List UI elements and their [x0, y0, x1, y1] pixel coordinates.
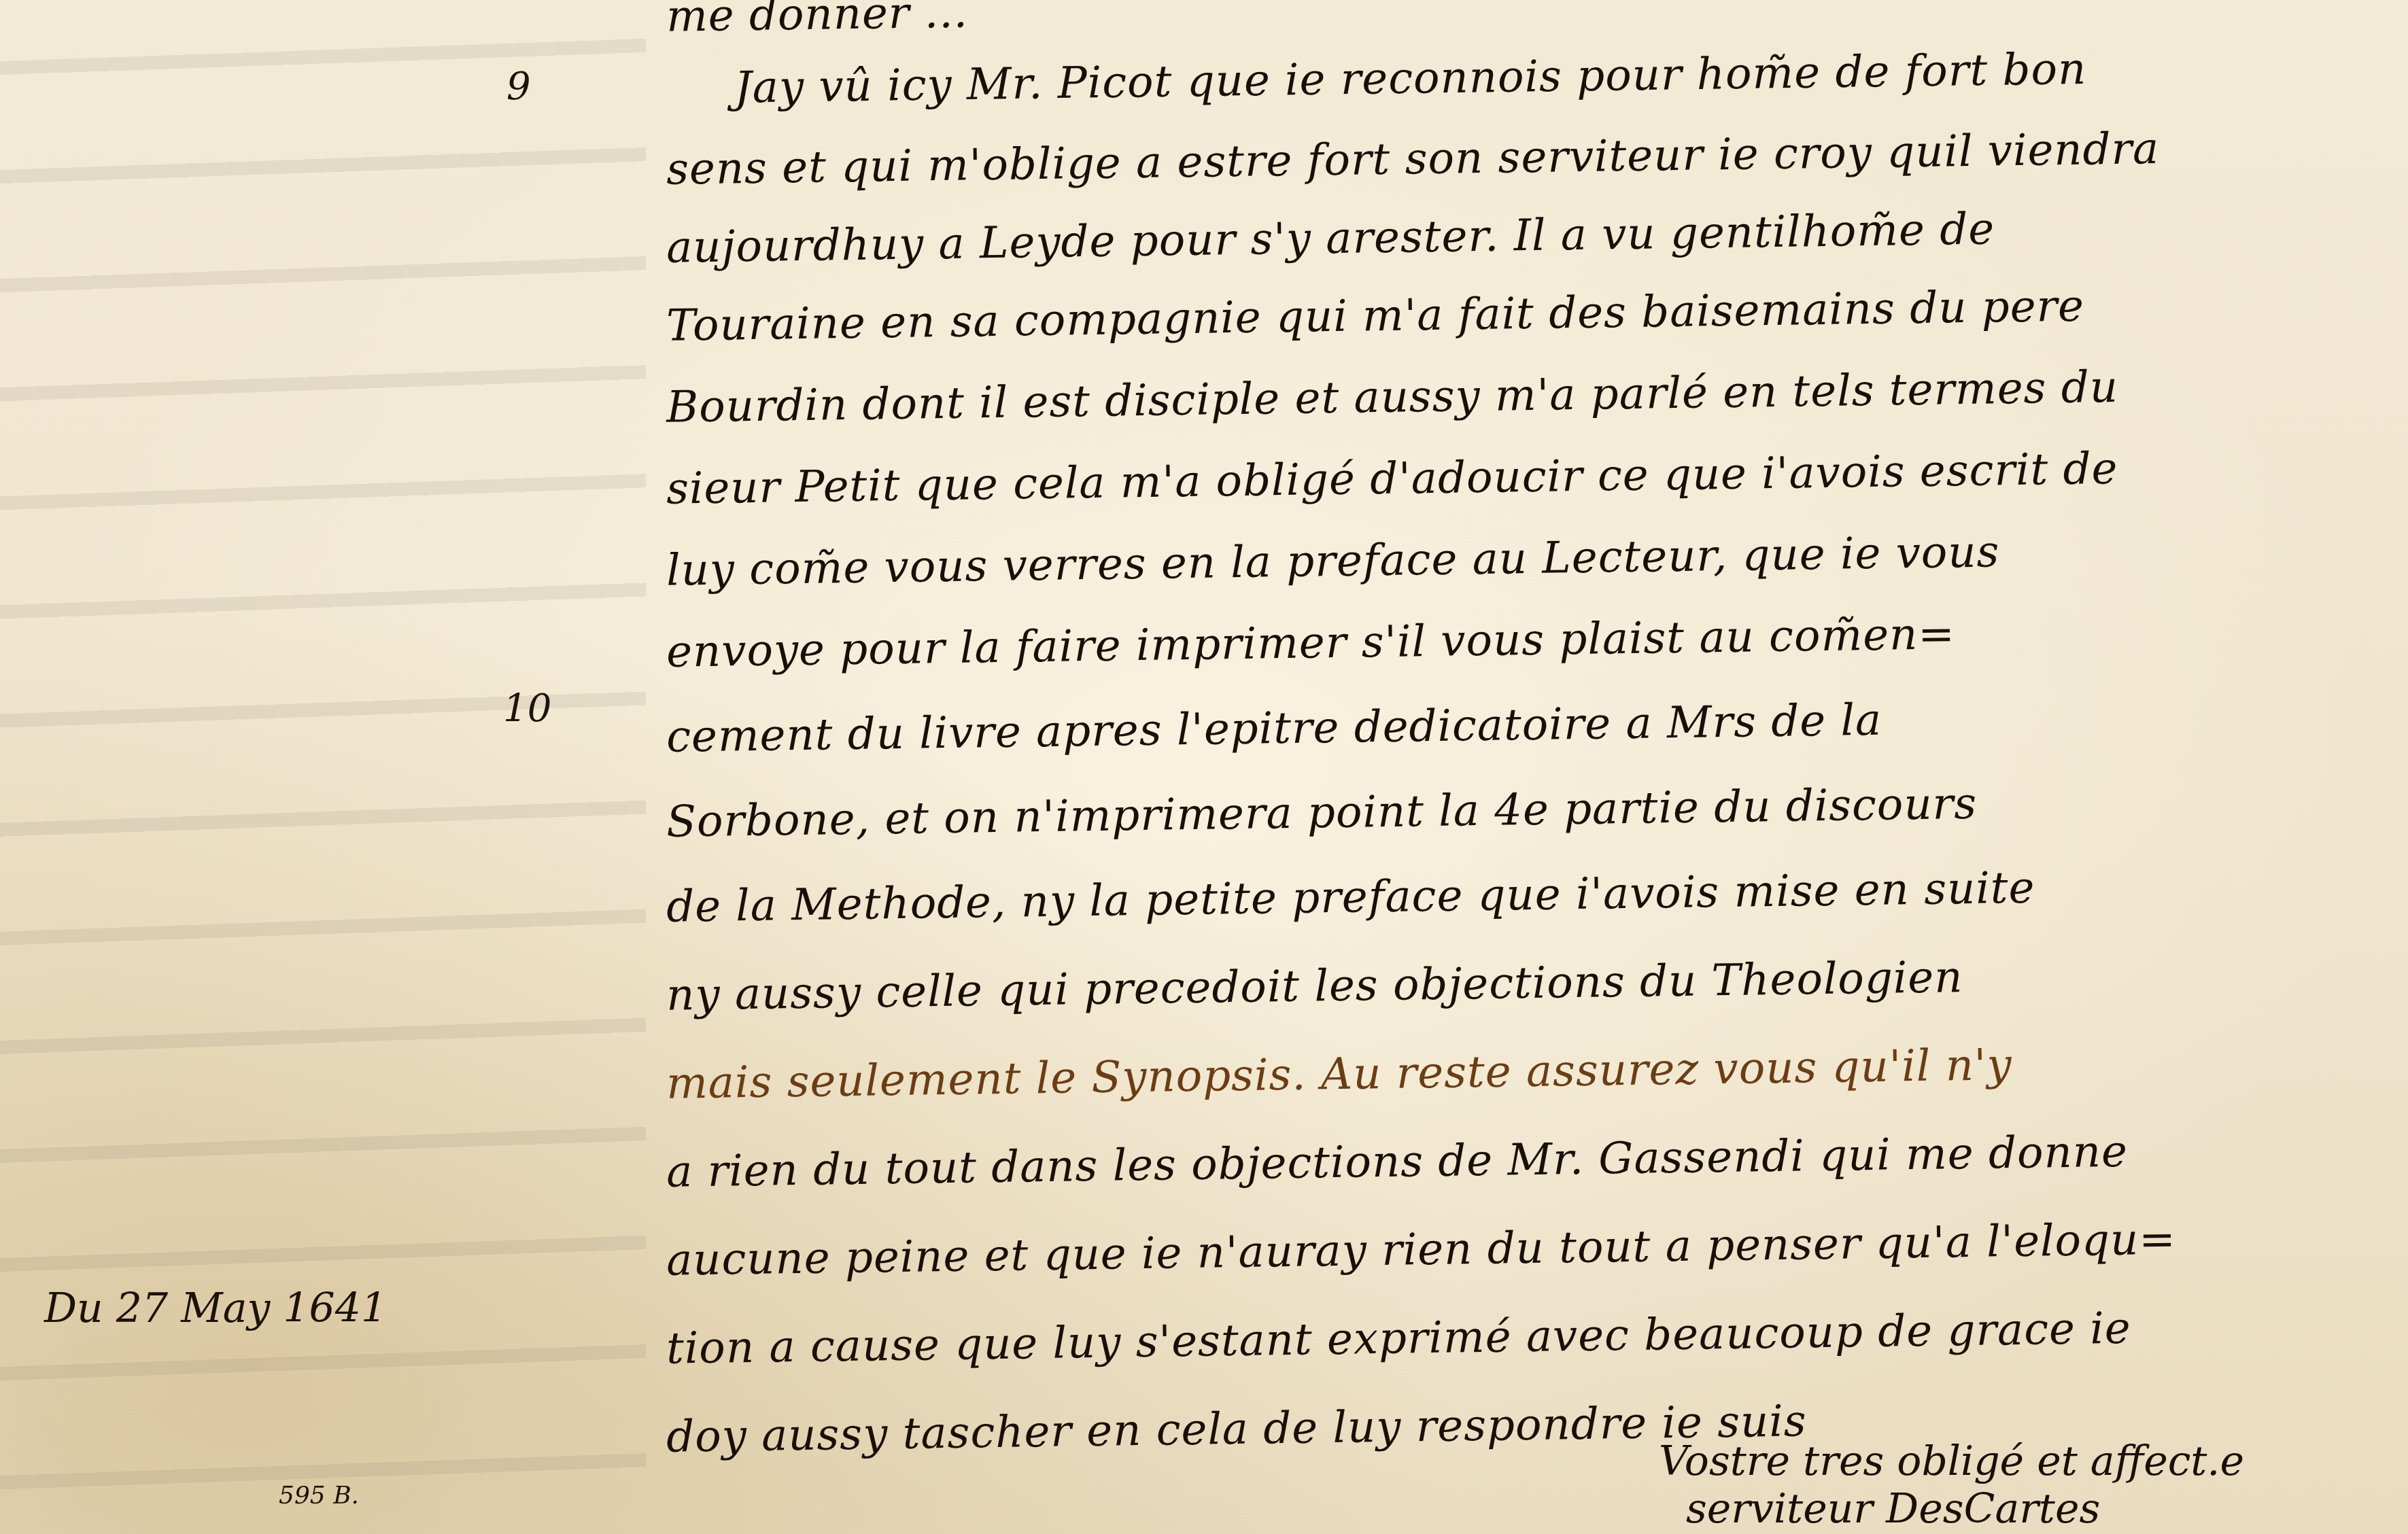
text-line: aujourdhuy a Leyde pour s'y arester. Il …	[666, 198, 2394, 273]
signature: serviteur DesCartes	[1686, 1485, 2100, 1533]
text-line: me donner ...	[666, 0, 2394, 42]
closing-line: Vostre tres obligé et affect.e	[1659, 1437, 2244, 1485]
margin-number-9: 9	[506, 65, 531, 109]
text-line: envoye pour la faire imprimer s'il vous …	[666, 603, 2394, 677]
text-line: sens et qui m'oblige a estre fort son se…	[666, 120, 2394, 194]
text-line: luy com̃e vous verres en la preface au L…	[666, 521, 2394, 595]
catalog-number: 595 B.	[279, 1482, 359, 1510]
text-line: a rien du tout dans les objections de Mr…	[666, 1123, 2394, 1197]
text-line: Sorbone, et on n'imprimera point la 4e p…	[666, 773, 2394, 847]
text-line: Touraine en sa compagnie qui m'a fait de…	[666, 277, 2394, 351]
text-line: Jay vû icy Mr. Picot que ie reconnois po…	[734, 39, 2408, 113]
text-line: de la Methode, ny la petite preface que …	[666, 858, 2394, 932]
text-line: Bourdin dont il est disciple et aussy m'…	[666, 358, 2394, 432]
text-line: mais seulement le Synopsis. Au reste ass…	[666, 1034, 2394, 1109]
margin-number-10: 10	[503, 686, 551, 731]
text-line: tion a cause que luy s'estant exprimé av…	[666, 1300, 2394, 1374]
manuscript-page: 9 10 Du 27 May 1641 595 B. me donner ...…	[0, 0, 2408, 1534]
margin-date: Du 27 May 1641	[44, 1285, 387, 1332]
text-line: ny aussy celle qui precedoit les objecti…	[666, 946, 2394, 1020]
text-line: sieur Petit que cela m'a obligé d'adouci…	[666, 440, 2394, 514]
text-line: cement du livre apres l'epitre dedicatoi…	[666, 688, 2394, 762]
text-line: aucune peine et que ie n'auray rien du t…	[666, 1211, 2394, 1285]
